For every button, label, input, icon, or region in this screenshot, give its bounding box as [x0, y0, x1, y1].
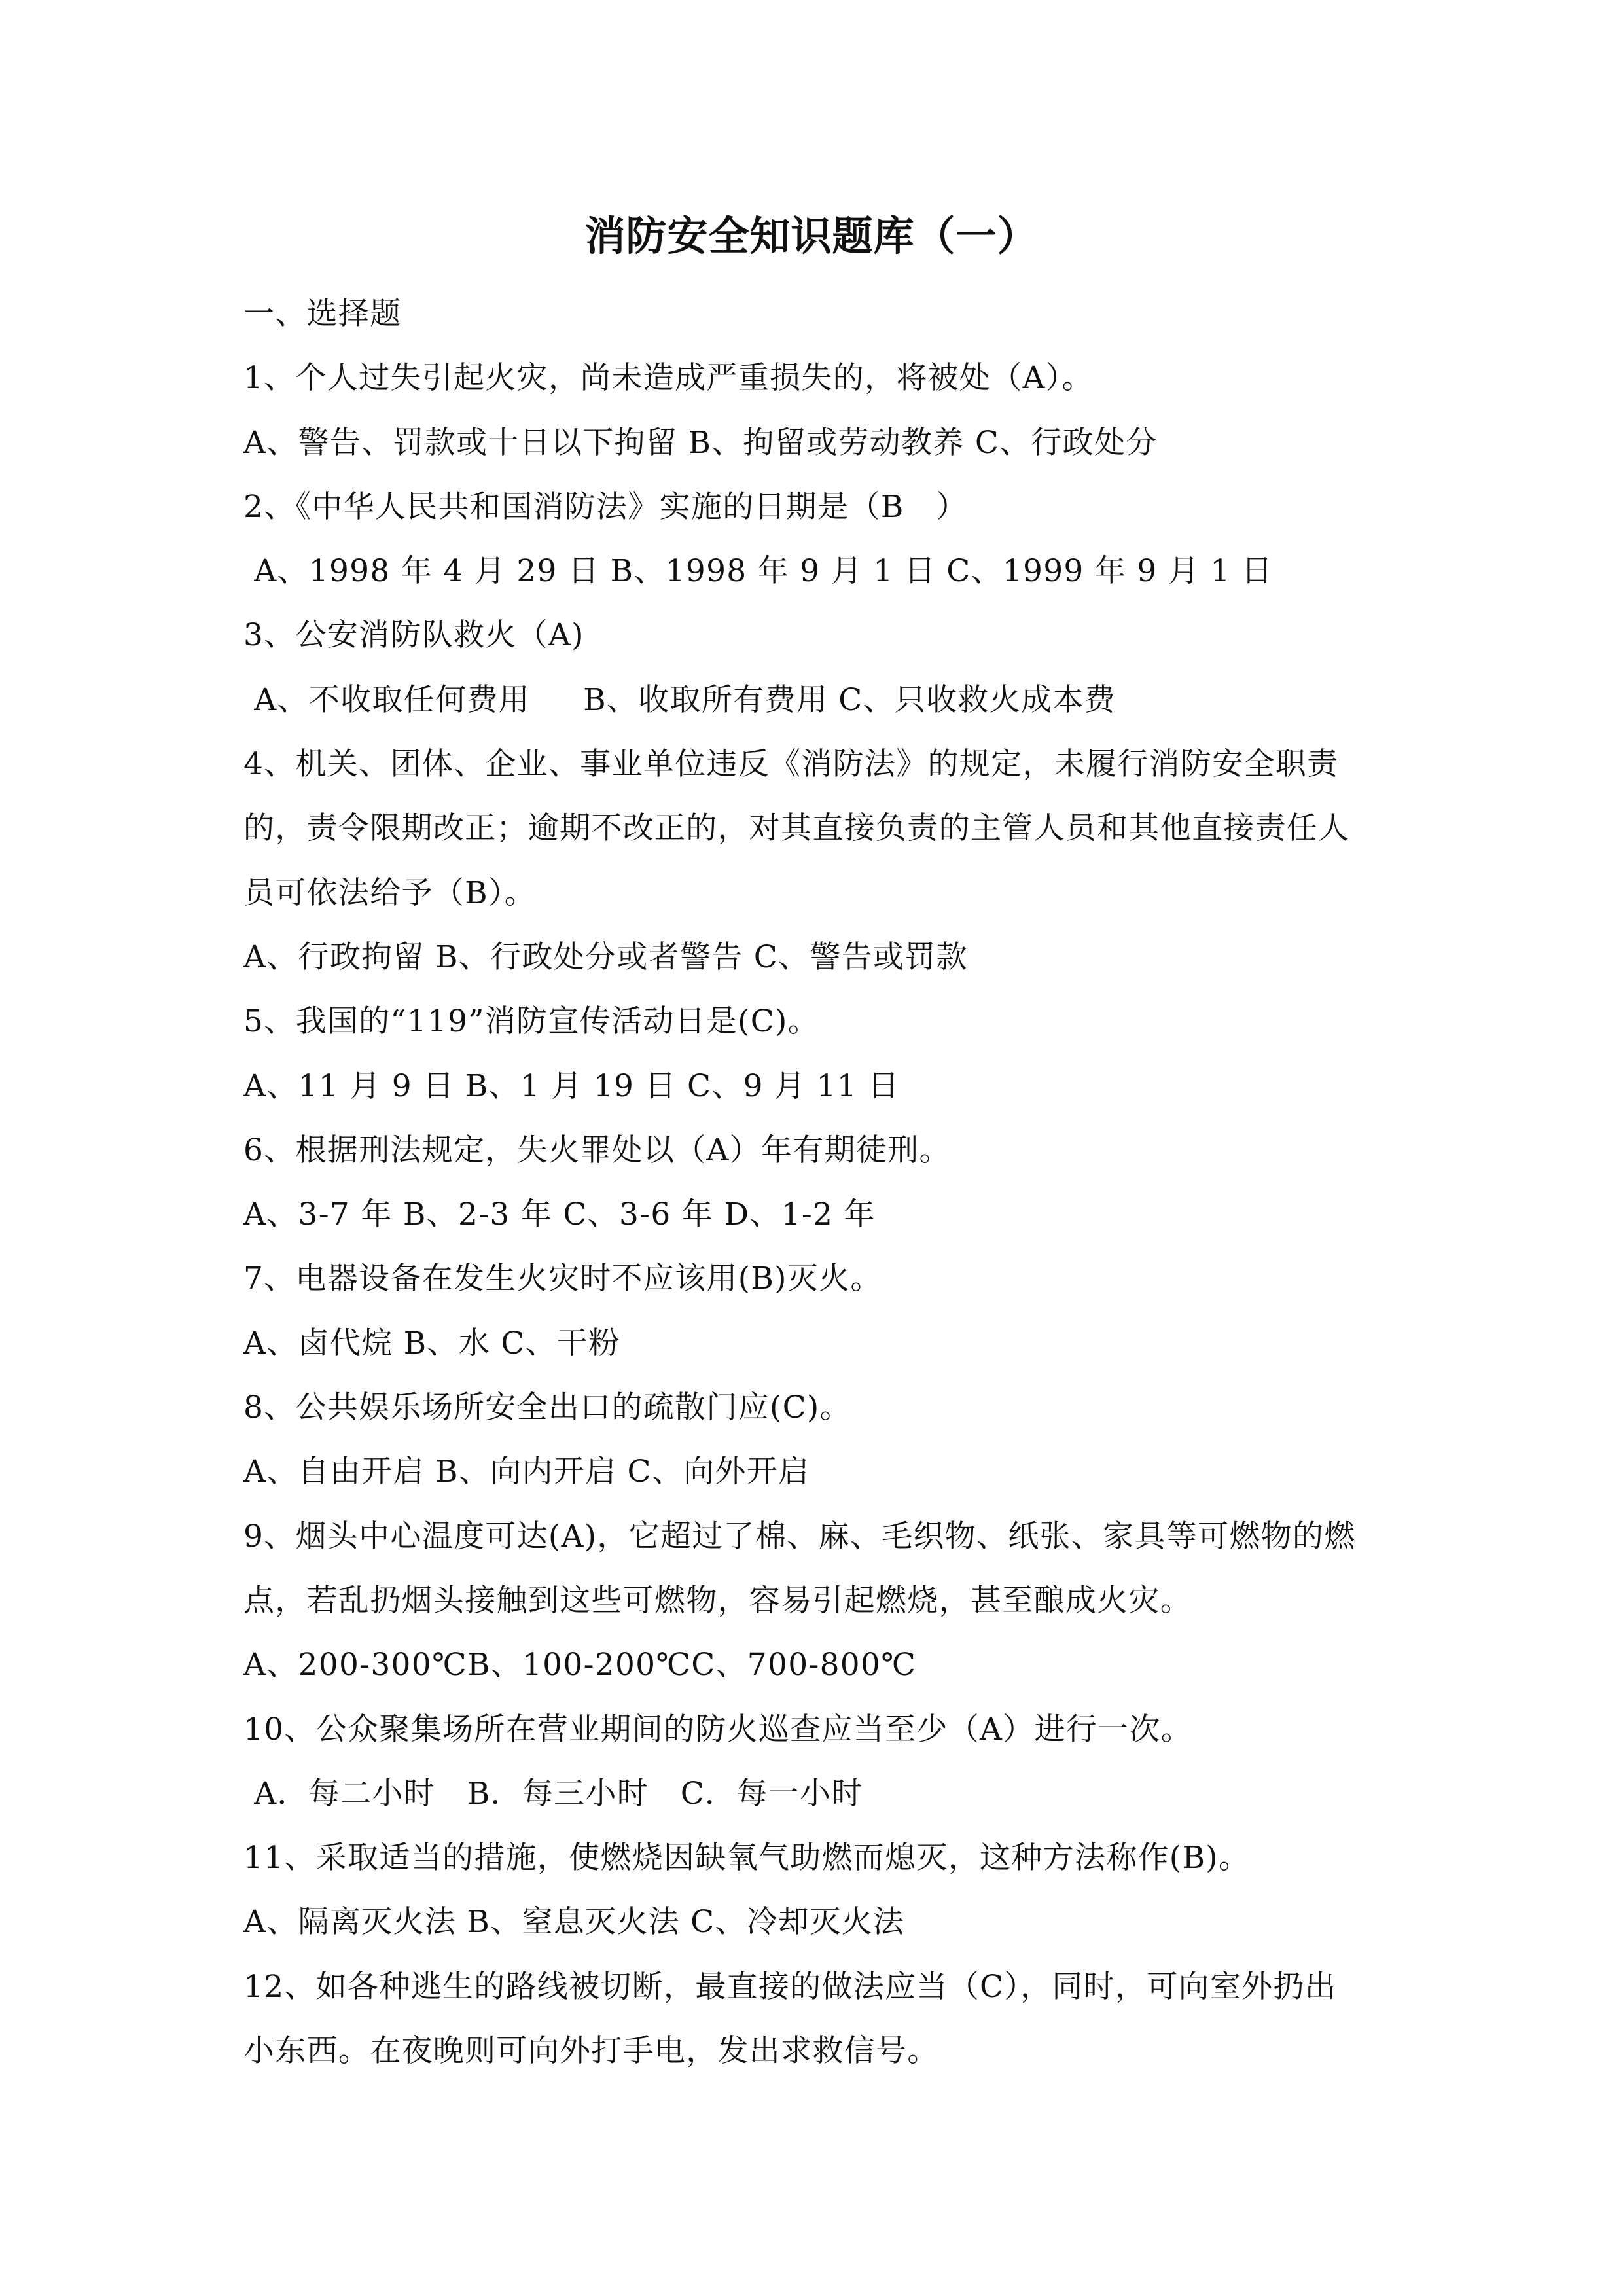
question-line: 3、公安消防队救火（A) [243, 603, 1397, 668]
options-line: A、警告、罚款或十日以下拘留 B、拘留或劳动教养 C、行政处分 [243, 411, 1397, 475]
options-line: A、11 月 9 日 B、1 月 19 日 C、9 月 11 日 [243, 1054, 1397, 1119]
question-line-continued: 的，责令限期改正；逾期不改正的，对其直接负责的主管人员和其他直接责任人 [243, 797, 1397, 861]
question-line: 10、公众聚集场所在营业期间的防火巡查应当至少（A）进行一次。 [243, 1698, 1397, 1762]
question-line: 12、如各种逃生的路线被切断，最直接的做法应当（C），同时，可向室外扔出 [243, 1955, 1397, 2019]
question-line: 1、个人过失引起火灾，尚未造成严重损失的，将被处（A）。 [243, 346, 1397, 410]
question-line: 5、我国的“119”消防宣传活动日是(C)。 [243, 990, 1397, 1054]
document-body: 一、选择题 1、个人过失引起火灾，尚未造成严重损失的，将被处（A）。 A、警告、… [243, 282, 1397, 2083]
question-line: 6、根据刑法规定，失火罪处以（A）年有期徒刑。 [243, 1119, 1397, 1183]
question-line: 9、烟头中心温度可达(A)，它超过了棉、麻、毛织物、纸张、家具等可燃物的燃 [243, 1505, 1397, 1569]
question-line: 11、采取适当的措施，使燃烧因缺氧气助燃而熄灭，这种方法称作(B)。 [243, 1826, 1397, 1890]
document-page: 消防安全知识题库（一） 一、选择题 1、个人过失引起火灾，尚未造成严重损失的，将… [0, 0, 1623, 2296]
options-line: A、行政拘留 B、行政处分或者警告 C、警告或罚款 [243, 925, 1397, 990]
question-line-continued: 点，若乱扔烟头接触到这些可燃物，容易引起燃烧，甚至酿成火灾。 [243, 1569, 1397, 1633]
options-line: A、200-300℃B、100-200℃C、700-800℃ [243, 1633, 1397, 1697]
question-line: 2、《中华人民共和国消防法》实施的日期是（B ） [243, 475, 1397, 539]
section-heading: 一、选择题 [243, 282, 1397, 346]
question-line: 8、公共娱乐场所安全出口的疏散门应(C)。 [243, 1376, 1397, 1440]
options-line: A、不收取任何费用 B、收取所有费用 C、只收救火成本费 [243, 668, 1397, 732]
options-line: A．每二小时 B．每三小时 C．每一小时 [243, 1762, 1397, 1826]
options-line: A、1998 年 4 月 29 日 B、1998 年 9 月 1 日 C、199… [243, 539, 1397, 603]
question-line-continued: 员可依法给予（B）。 [243, 861, 1397, 925]
question-line: 4、机关、团体、企业、事业单位违反《消防法》的规定，未履行消防安全职责 [243, 732, 1397, 797]
options-line: A、卤代烷 B、水 C、干粉 [243, 1312, 1397, 1376]
options-line: A、自由开启 B、向内开启 C、向外开启 [243, 1440, 1397, 1504]
options-line: A、隔离灭火法 B、窒息灭火法 C、冷却灭火法 [243, 1890, 1397, 1954]
question-line-continued: 小东西。在夜晚则可向外打手电，发出求救信号。 [243, 2019, 1397, 2083]
document-title: 消防安全知识题库（一） [0, 211, 1623, 262]
options-line: A、3-7 年 B、2-3 年 C、3-6 年 D、1-2 年 [243, 1183, 1397, 1247]
question-line: 7、电器设备在发生火灾时不应该用(B)灭火。 [243, 1247, 1397, 1311]
